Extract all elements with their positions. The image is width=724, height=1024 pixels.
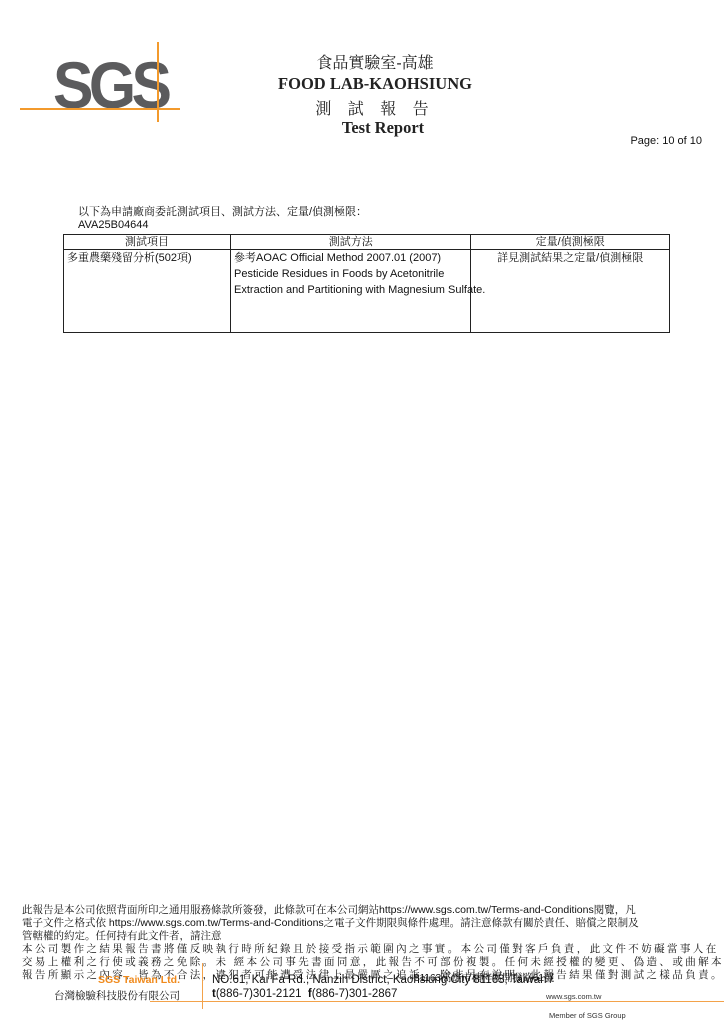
lab-name-en: FOOD LAB-KAOHSIUNG (240, 74, 510, 94)
disclaimer-line: 電子文件之格式依 https://www.sgs.com.tw/Terms-an… (22, 917, 712, 930)
sgs-logo: SGS (20, 42, 185, 122)
header-test-method: 測試方法 (231, 235, 471, 250)
disclaimer-line: 此報告是本公司依照背面所印之通用服務條款所簽發，此條款可在本公司網站https:… (22, 904, 712, 917)
test-item: 多重農藥殘留分析(502項) (67, 252, 192, 264)
footer-horizontal-rule (150, 1001, 724, 1002)
disclaimer-line: 交易上權利之行使或義務之免除。未 經本公司事先書面同意，此報告不可部份複製。任何… (22, 956, 712, 969)
detection-limit-cell: 詳見測試結果之定量/偵測極限 (471, 250, 670, 333)
fax-number: (886-7)301-2867 (312, 988, 398, 1000)
intro-text: 以下為申請廠商委託測試項目、測試方法、定量/偵測極限： (78, 203, 367, 219)
table-header-row: 測試項目 測試方法 定量/偵測極限 (64, 235, 670, 250)
test-methods-table: 測試項目 測試方法 定量/偵測極限 多重農藥殘留分析(502項) 參考AOAC … (63, 234, 670, 333)
disclaimer-line: 管轄權的約定。任何持有此文件者，請注意 (22, 930, 712, 943)
contact-numbers: t(886-7)301-2121 f(886-7)301-2867 (212, 988, 397, 1000)
website-link[interactable]: www.sgs.com.tw (546, 992, 601, 1001)
logo-vertical-rule (157, 42, 159, 122)
method-line: Extraction and Partitioning with Magnesi… (234, 282, 467, 298)
header-detection-limit: 定量/偵測極限 (471, 235, 670, 250)
legal-disclaimer: 此報告是本公司依照背面所印之通用服務條款所簽發，此條款可在本公司網站https:… (22, 904, 712, 982)
report-number: AVA25B04644 (78, 219, 149, 231)
table-row: 多重農藥殘留分析(502項) 參考AOAC Official Method 20… (64, 250, 670, 333)
test-method-cell: 參考AOAC Official Method 2007.01 (2007) Pe… (231, 250, 471, 333)
test-item-cell: 多重農藥殘留分析(502項) (64, 250, 231, 333)
header-test-item: 測試項目 (64, 235, 231, 250)
logo-horizontal-rule (20, 108, 180, 110)
page-number: Page: 10 of 10 (630, 135, 702, 147)
detection-limit: 詳見測試結果之定量/偵測極限 (497, 252, 643, 264)
member-of-sgs-group: Member of SGS Group (549, 1011, 626, 1020)
lab-name-cn: 食品實驗室-高雄 (250, 50, 500, 73)
report-title-cn: 測 試 報 告 (250, 96, 500, 119)
footer-vertical-rule (202, 963, 203, 1009)
company-name-en: SGS Taiwan Ltd. (60, 974, 180, 986)
method-line: Pesticide Residues in Foods by Acetonitr… (234, 266, 467, 282)
report-title-en: Test Report (258, 118, 508, 138)
address-cn: 81163高雄市楠梓區開發路61號 (414, 970, 554, 985)
disclaimer-line: 本公司製作之結果報告書將僅反映執行時所紀錄且於接受指示範圍內之事實。本公司僅對客… (22, 943, 712, 956)
phone-number: (886-7)301-2121 (216, 988, 302, 1000)
method-line: 參考AOAC Official Method 2007.01 (2007) (234, 250, 467, 266)
